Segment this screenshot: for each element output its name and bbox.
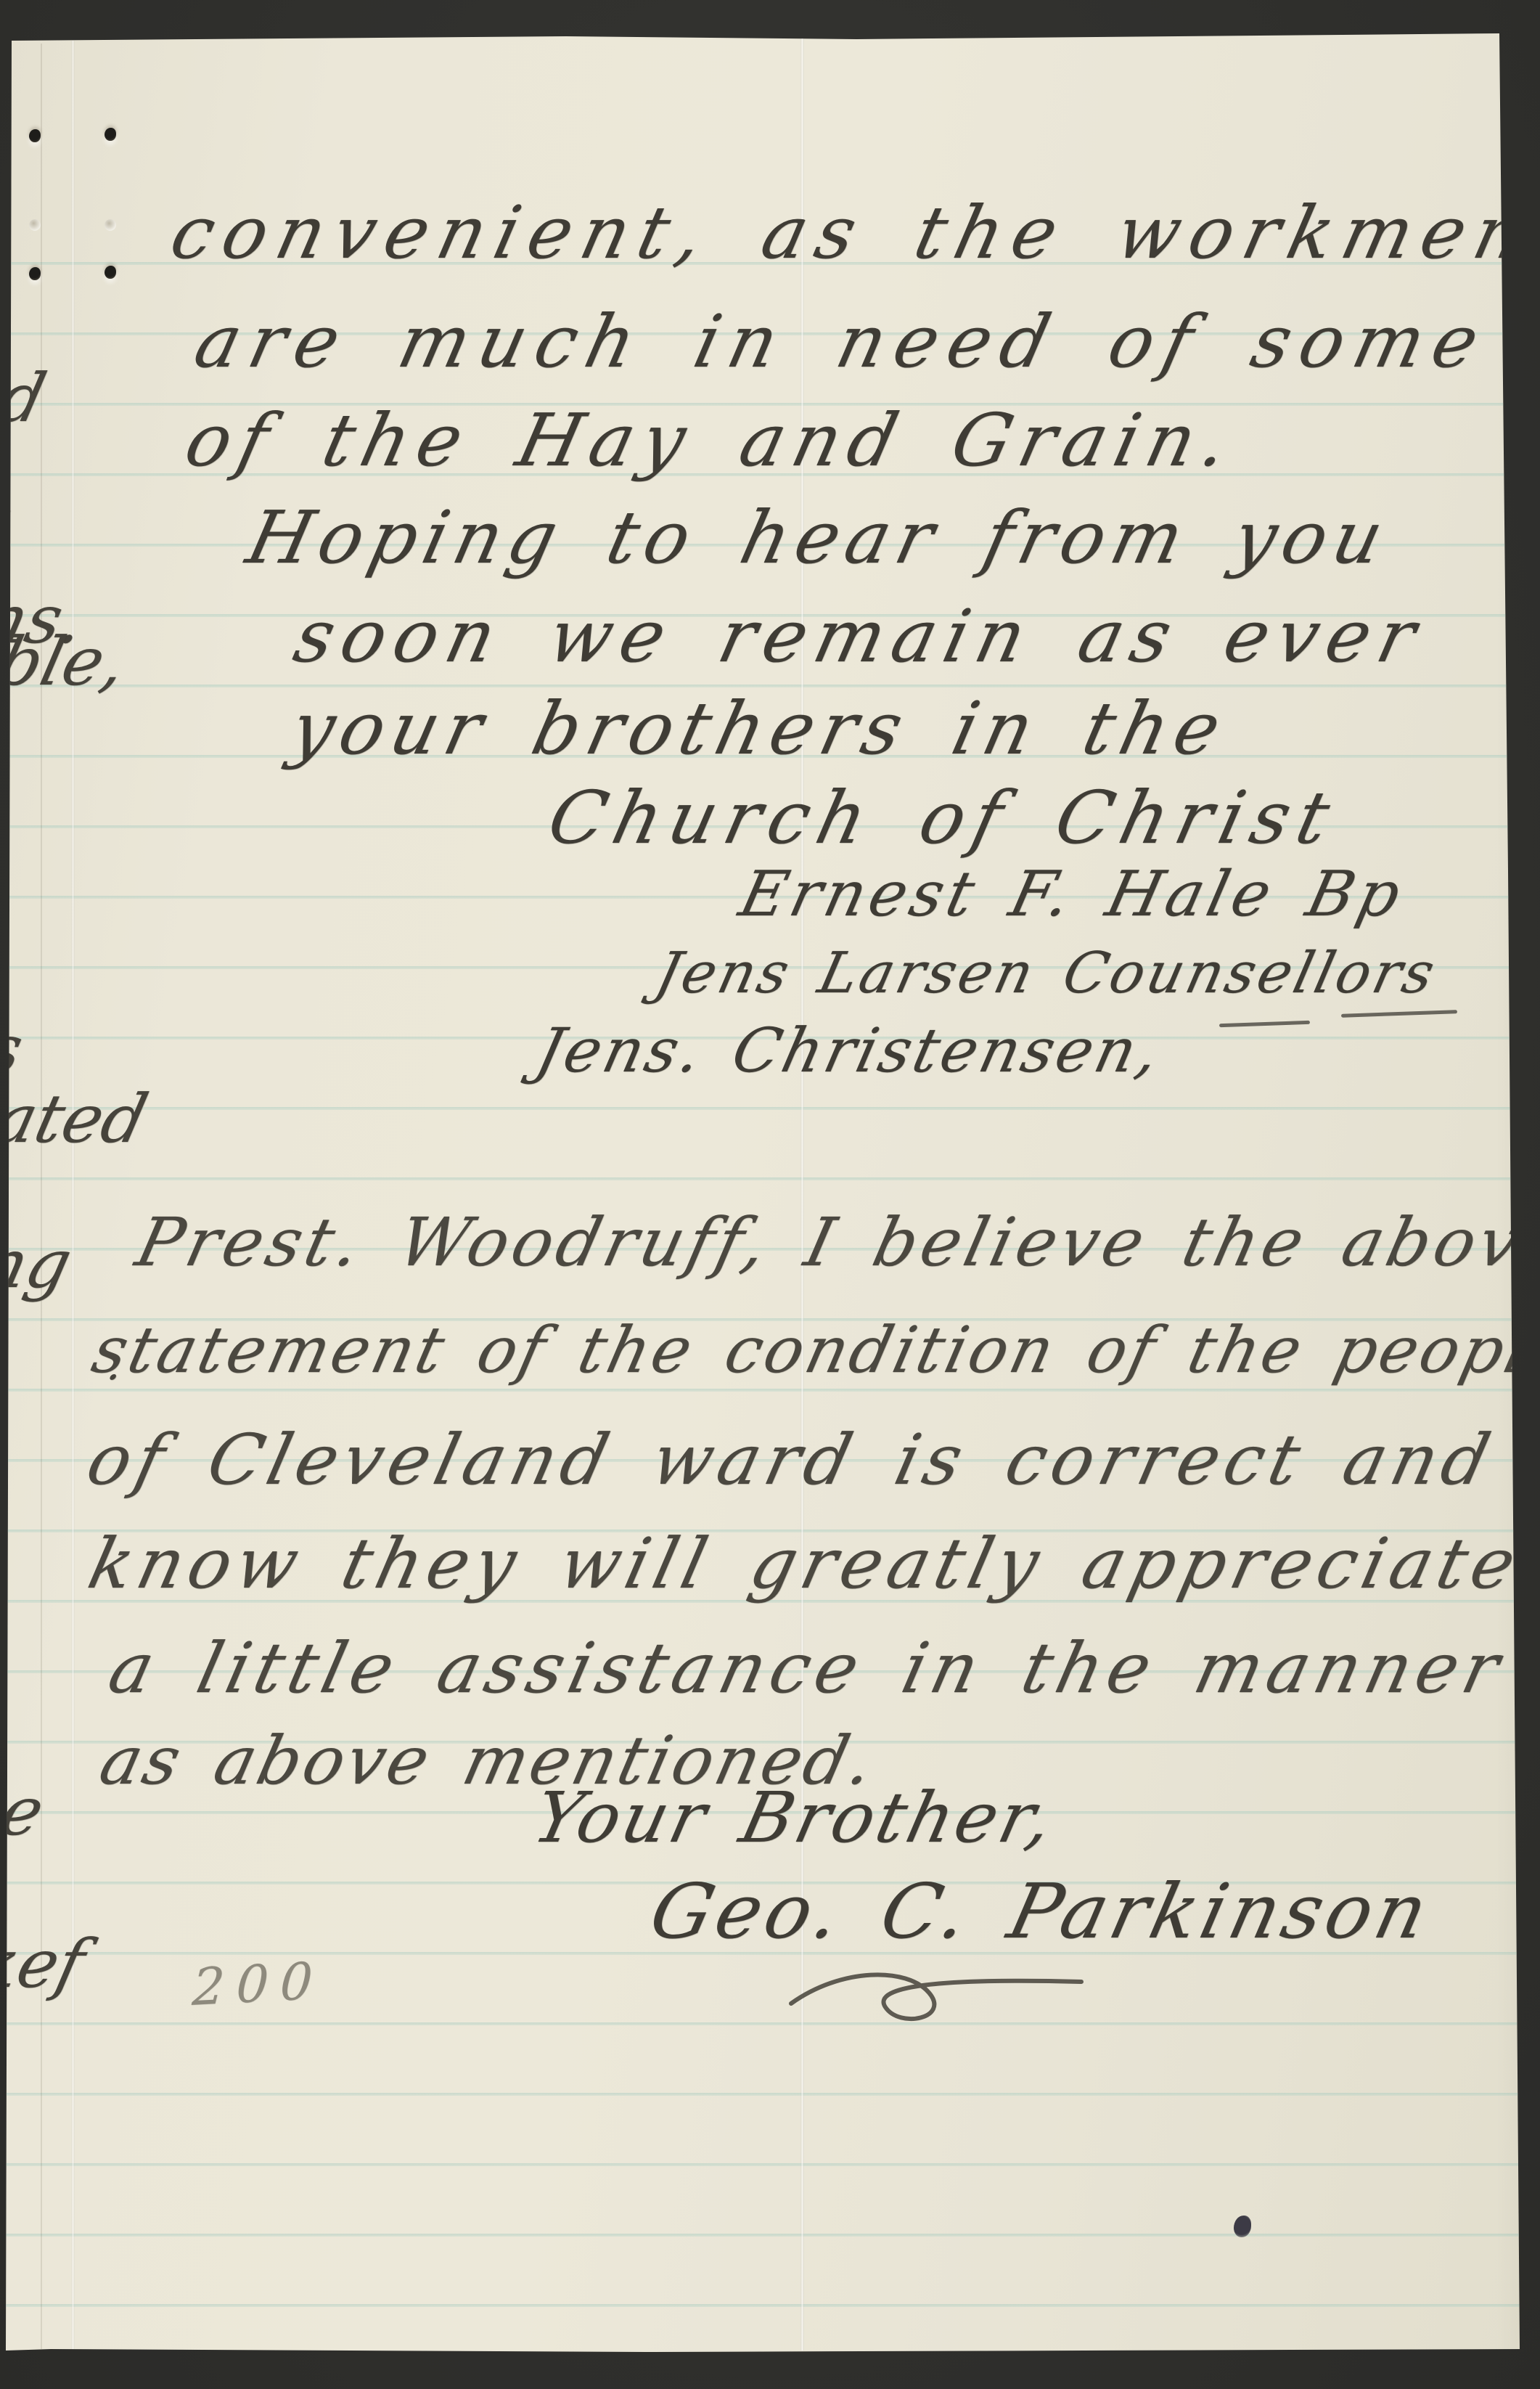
letter-line: a little assistance in the manner — [102, 1628, 1512, 1709]
pen-dash — [1341, 1010, 1457, 1018]
under-sheet-edge — [41, 44, 42, 2349]
vertical-fold-crease — [800, 36, 804, 2351]
pin-hole-dent — [105, 219, 116, 231]
margin-fragment: iated — [0, 1080, 155, 1158]
letter-line: soon we remain as ever — [287, 594, 1432, 679]
ruled-lines — [0, 262, 1540, 2335]
margin-fragment: ns. — [0, 581, 91, 658]
pin-hole-dent — [29, 219, 41, 231]
margin-fragment: ible, — [0, 623, 134, 701]
signature-counselor-1: Jens Larsen Counsellors — [650, 941, 1443, 1006]
letter-line: of the Hay and Grain. — [178, 398, 1245, 483]
pin-hole — [105, 266, 116, 279]
letter-paper: ld l ns. ible, s iated ng . le kef conve… — [0, 0, 1540, 2389]
letter-line: Church of Christ — [541, 775, 1346, 860]
signature-flourish — [784, 1960, 1089, 2025]
margin-fragment: . — [103, 1339, 128, 1390]
letter-line: are much in need of some — [187, 299, 1496, 384]
margin-fragment: kef — [0, 1925, 92, 2003]
left-crease — [71, 41, 75, 2349]
letter-line: of Cleveland ward is correct and — [80, 1419, 1503, 1500]
signature-bishop: Ernest F. Hale Bp — [733, 858, 1412, 931]
closing-line: Your Brother, — [526, 1777, 1063, 1858]
signature-counselor-2: Jens. Christensen, — [530, 1015, 1168, 1086]
letter-line: Prest. Woodruff, I believe the above — [129, 1204, 1540, 1281]
pin-hole — [29, 129, 41, 142]
margin-fragment: ng — [0, 1225, 79, 1303]
letter-line: your brothers in the — [283, 686, 1235, 771]
letter-line: as above mentioned. — [93, 1722, 883, 1800]
pin-hole — [29, 267, 41, 280]
pencil-annotation: 200 — [191, 1951, 326, 2017]
signature-parkinson: Geo. C. Parkinson — [642, 1867, 1440, 1956]
letter-line: statement of the condition of the people — [86, 1312, 1540, 1387]
letter-line: convenient, as the workmen — [163, 190, 1540, 275]
pin-hole — [105, 128, 116, 141]
scanned-letter-page: { "page": { "kind": "handwritten letter … — [0, 0, 1540, 2389]
margin-fragment: le — [0, 1773, 51, 1850]
ink-blot — [1234, 2216, 1251, 2237]
letter-line: Hoping to hear from you — [239, 495, 1398, 580]
letter-line: know they will greatly appreciate — [81, 1523, 1528, 1604]
pen-dash — [1219, 1021, 1310, 1027]
